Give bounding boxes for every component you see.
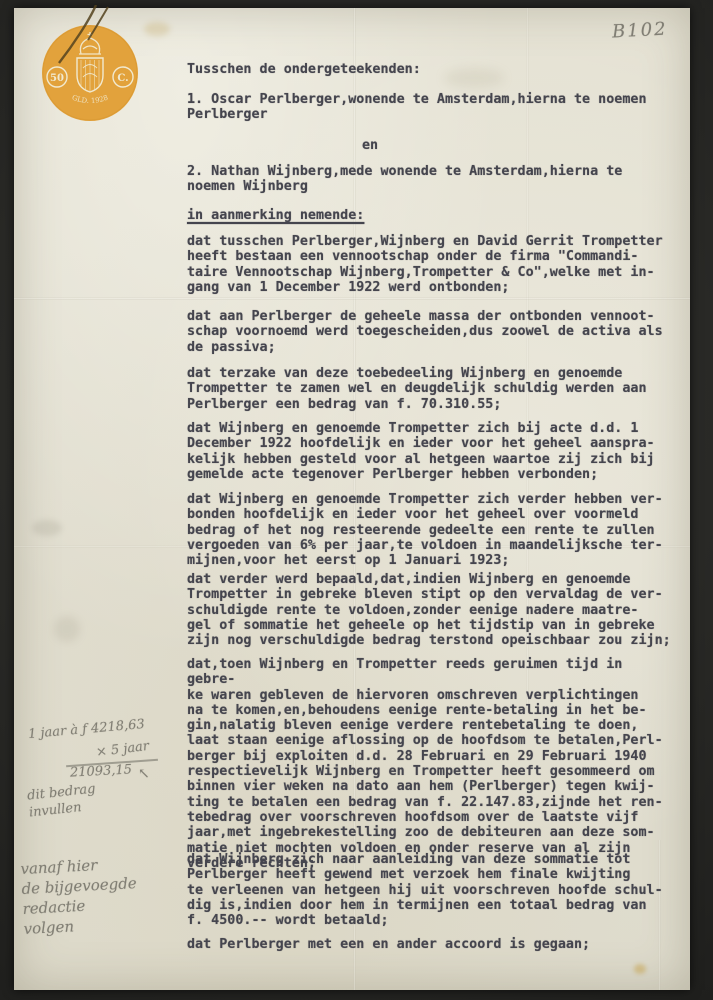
- stain: [144, 22, 170, 36]
- margin-bottom-note: vanaf hier de bijgevoegde redactie volge…: [20, 853, 139, 939]
- party-2: 2. Nathan Wijnberg,mede wonende te Amste…: [187, 164, 673, 195]
- horizontal-crease: [14, 297, 690, 300]
- coat-of-arms-icon: [77, 58, 103, 92]
- stamp-currency: C.: [117, 73, 128, 84]
- stain: [634, 964, 646, 974]
- clause-paragraph: dat tusschen Perlberger,Wijnberg en Davi…: [187, 234, 673, 295]
- document-scan: 50 C. GLD. 1928 Tusschen de ondergeteeke…: [0, 0, 713, 1000]
- clause-paragraph: dat Wijnberg en genoemde Trompetter zich…: [187, 492, 673, 568]
- clause-paragraph: dat,toen Wijnberg en Trompetter reeds ge…: [187, 657, 673, 871]
- conjunction: en: [362, 138, 422, 153]
- stamp-denomination: 50: [50, 73, 64, 84]
- clause-paragraph: dat Wijnberg en genoemde Trompetter zich…: [187, 421, 673, 482]
- clause-paragraph: dat verder werd bepaald,dat,indien Wijnb…: [187, 572, 673, 648]
- section-heading: in aanmerking nemende:: [187, 208, 673, 223]
- clause-paragraph: dat Perlberger met een en ander accoord …: [187, 937, 673, 952]
- stain: [54, 616, 80, 642]
- revenue-stamp: 50 C. GLD. 1928: [37, 5, 143, 131]
- opening-line: Tusschen de ondergeteekenden:: [187, 62, 673, 77]
- clause-paragraph: dat aan Perlberger de geheele massa der …: [187, 309, 673, 355]
- stain: [32, 520, 62, 536]
- clause-paragraph: dat terzake van deze toebedeeling Wijnbe…: [187, 366, 673, 412]
- clause-paragraph: dat Wijnberg zich naar aanleiding van de…: [187, 852, 673, 928]
- margin-calc-note: dit bedrag invullen: [26, 781, 98, 822]
- archive-code-note: B102: [611, 19, 668, 43]
- margin-arrow-icon: ↖: [138, 766, 150, 782]
- party-1: 1. Oscar Perlberger,wonende te Amsterdam…: [187, 92, 673, 123]
